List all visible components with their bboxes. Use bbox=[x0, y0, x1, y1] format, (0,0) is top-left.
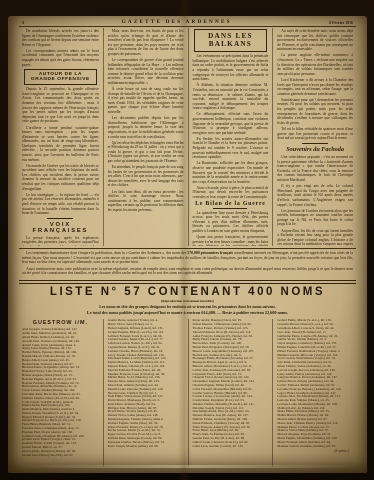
prisoner-name-line: Gillet Léon, Aurillac (Cantal), inf. 139… bbox=[193, 445, 269, 449]
intro-text: Les sentiments humanitaires dont s'inspi… bbox=[26, 251, 187, 255]
col1-paragraphs-2: La presse française, après les espérance… bbox=[22, 236, 99, 246]
names-column-3: Royer André, Bourges (Cher), inf. 95.Sim… bbox=[188, 319, 273, 467]
intro-paragraph-2: Aussi continuerons-nous cette publicatio… bbox=[22, 267, 353, 276]
headline-voix-francaises: VOIX FRANÇAISES bbox=[22, 222, 99, 234]
prisoner-name-line: Monnier Gaston, Doullens (Somme), inf. 3… bbox=[277, 445, 353, 449]
names-d: Godard Émile, Mâcon (S.-et-L.), inf. 134… bbox=[277, 319, 353, 448]
headline-bilan-de-la-guerre: Le Bilan de la Guerre bbox=[193, 201, 269, 207]
article-column-4: Au sujet de cette dernière note, nous av… bbox=[272, 28, 357, 246]
headline-autour-grande-offensive: AUTOUR DE LA GRANDE OFFENSIVE bbox=[24, 69, 97, 85]
paragraph: On mande de Genève que les trains de ble… bbox=[22, 164, 99, 191]
paragraph: Aujourd'hui, les fils de ceux qui furent… bbox=[277, 229, 353, 246]
col1-intro-paragraphs: De nombreux blessés arrivés ces jours-ci… bbox=[22, 29, 99, 67]
headline-underline bbox=[213, 208, 247, 209]
masthead: 2 GAZETTE DES ARDENNES 8 Février 1916 bbox=[8, 16, 367, 26]
camp-group-header: GUESTROW i/M. bbox=[22, 320, 99, 326]
names-a: Abel Georges, Sedan (Ardennes), inf. 147… bbox=[22, 328, 99, 457]
names-list-section: GUESTROW i/M. Abel Georges, Sedan (Arden… bbox=[8, 317, 367, 467]
paragraph: Les correspondants neutres admis sur le … bbox=[22, 49, 99, 67]
paragraph: Les événements se précipitent dans la pé… bbox=[193, 54, 269, 81]
article-column-3: DANS LES BALKANS Les événements se préci… bbox=[188, 28, 273, 246]
headline-divider bbox=[47, 218, 73, 219]
names-b: Guérin Pierre, Auxerre (Yonne), inf. 4.H… bbox=[108, 319, 184, 448]
masthead-title: GAZETTE DES ARDENNES bbox=[122, 19, 232, 25]
paragraph: Le but stratégique — la rupture du front… bbox=[22, 193, 99, 216]
paragraph: Tel est le bilan véritable de quatorze m… bbox=[277, 127, 353, 141]
double-rule bbox=[19, 280, 356, 284]
article-column-1: De nombreux blessés arrivés ces jours-ci… bbox=[18, 28, 103, 246]
paragraph: Au sujet de cette dernière note, nous av… bbox=[277, 29, 353, 52]
paragraph: En Serbie, les armées austro-allemandes … bbox=[193, 137, 269, 160]
col3-paragraphs-2: La quinzième liste russe dressée à Péter… bbox=[193, 211, 269, 246]
headline-divider bbox=[302, 143, 328, 144]
col4-paragraphs: Au sujet de cette dernière note, nous av… bbox=[277, 29, 353, 141]
paragraph: Ce débarquement, effectué sans l'aveu du… bbox=[193, 112, 269, 135]
prisoner-name-line: Roux Joseph, Moulins (Allier), inf. 98. bbox=[108, 445, 184, 449]
col1-paragraphs: Depuis le 25 septembre, la grande offens… bbox=[22, 87, 99, 215]
paragraph: Depuis le 25 septembre, la grande offens… bbox=[22, 87, 99, 124]
top-articles-section: De nombreux blessés arrivés ces jours-ci… bbox=[8, 27, 367, 246]
paragraph: La presse française, après les espérance… bbox=[22, 236, 99, 246]
paragraph: Qu'on relise les dépêches échangées entr… bbox=[108, 141, 184, 164]
masthead-date: 8 Février 1916 bbox=[329, 21, 353, 25]
names-column-4: Godard Émile, Mâcon (S.-et-L.), inf. 134… bbox=[272, 319, 357, 467]
to-be-continued-note: (à suivre.) bbox=[277, 449, 353, 453]
newspaper-scan: 2 GAZETTE DES ARDENNES 8 Février 1916 De… bbox=[0, 0, 374, 480]
page-number: 2 bbox=[22, 20, 24, 25]
names-column-2: Guérin Pierre, Auxerre (Yonne), inf. 4.H… bbox=[103, 319, 188, 467]
paragraph: De nombreux blessés arrivés ces jours-ci… bbox=[22, 29, 99, 47]
paragraph: Mais, nous dira-t-on, ces bruits de paix… bbox=[108, 29, 184, 56]
col2-paragraphs: Mais, nous dira-t-on, ces bruits de paix… bbox=[108, 29, 184, 213]
paragraph: Les faits sont têtus, dit un vieux prove… bbox=[108, 190, 184, 213]
paragraph: À cette heure où tant de sang coule sur … bbox=[108, 87, 184, 114]
col3-paragraphs: Les événements se précipitent dans la pé… bbox=[193, 54, 269, 199]
paragraph: Quant aux pertes françaises, le gouverne… bbox=[193, 235, 269, 246]
liste-banner-subtitle: (Reproduction strictement interdite) bbox=[8, 299, 367, 303]
col4-paragraphs-2: Une coïncidence piquante : c'est au mome… bbox=[277, 155, 353, 246]
paragraph: La Roumanie, sollicitée par les deux gro… bbox=[193, 161, 269, 184]
paragraph: Ainsi s'écroule, pièce à pièce, le plan … bbox=[193, 186, 269, 200]
paragraph: La quinzième liste russe dressée à Péter… bbox=[193, 211, 269, 234]
paragraph: Une coïncidence piquante : c'est au mome… bbox=[277, 155, 353, 182]
intro-paragraph-1: Les sentiments humanitaires dont s'inspi… bbox=[22, 251, 353, 265]
prisoner-name-line: Giraud Jean, Dijon (Côte-d'Or), inf. 27. bbox=[22, 454, 99, 458]
article-column-2: Mais, nous dira-t-on, ces bruits de paix… bbox=[103, 28, 188, 246]
names-column-1: GUESTROW i/M. Abel Georges, Sedan (Arden… bbox=[18, 319, 103, 467]
headline-souvenirs-du-fachoda: Souvenirs du Fachoda bbox=[277, 146, 353, 153]
liste-note-totals: Le total des noms publiés jusqu'aujourd'… bbox=[8, 310, 367, 315]
names-c: Royer André, Bourges (Cher), inf. 95.Sim… bbox=[193, 319, 269, 448]
paragraph: Il n'y a pas vingt ans de cela. Le colon… bbox=[277, 184, 353, 207]
paragraph: À Athènes, la situation demeure confuse.… bbox=[193, 83, 269, 110]
paragraph: La presse anglaise elle-même commence à … bbox=[277, 53, 353, 76]
paragraph: L'artillerie a tonné pendant soixante-qu… bbox=[22, 126, 99, 163]
liste-banner-title: LISTE N° 57 CONTENANT 400 NOMS bbox=[8, 286, 367, 298]
paragraph: Lord Kitchener a dû avouer à la Chambre … bbox=[277, 78, 353, 96]
paragraph: Les documents publiés depuis lors par le… bbox=[108, 116, 184, 139]
paragraph: En attendant, le peuple français paie de… bbox=[108, 165, 184, 188]
paragraph: Satisfaisante pour qui ? demandent les j… bbox=[277, 98, 353, 125]
liste-note-groups: Les noms en tête des groupes désignent l… bbox=[8, 304, 367, 309]
prisoner-count-bold: 570,000 prisonniers français bbox=[187, 251, 233, 255]
newspaper-page: 2 GAZETTE DES ARDENNES 8 Février 1916 De… bbox=[8, 16, 367, 473]
prisoners-list-intro: Les sentiments humanitaires dont s'inspi… bbox=[19, 248, 356, 279]
headline-dans-les-balkans: DANS LES BALKANS bbox=[194, 29, 268, 52]
paragraph: Le correspondant de guerre d'un grand jo… bbox=[108, 58, 184, 85]
paragraph: Les journaux de Londres écrivaient alors… bbox=[277, 209, 353, 227]
